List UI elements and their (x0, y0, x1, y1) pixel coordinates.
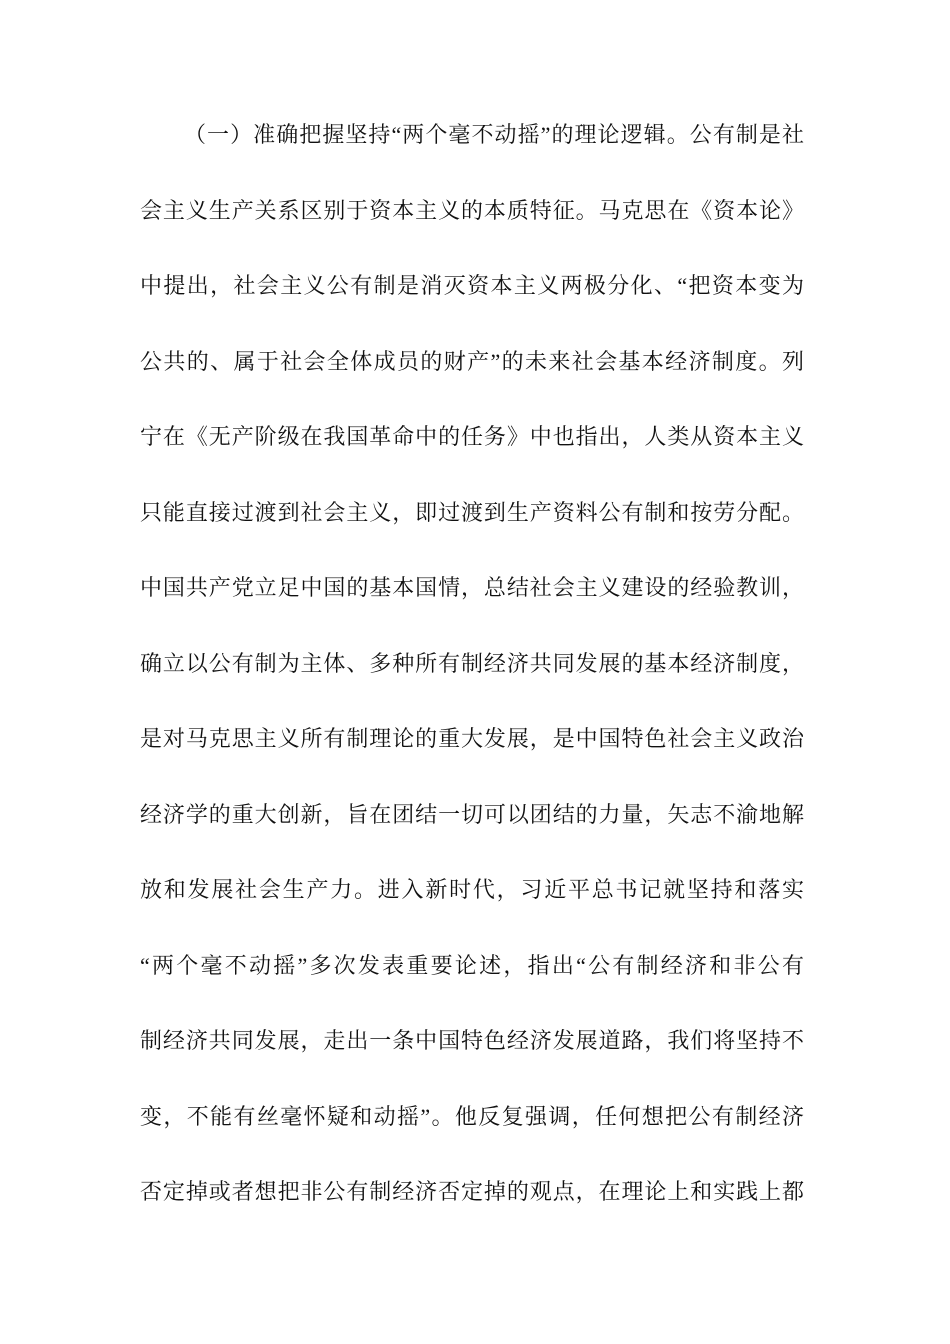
text-line-4: 公共的、属于社会全体成员的财产”的未来社会基本经济制度。列 (140, 324, 804, 400)
text-line-15: 否定掉或者想把非公有制经济否定掉的观点，在理论上和实践上都 (140, 1154, 804, 1230)
text-line-7: 中国共产党立足中国的基本国情，总结社会主义建设的经验教训， (140, 550, 804, 626)
text-line-1: （一）准确把握坚持“两个毫不动摇”的理论逻辑。公有制是社 (140, 97, 804, 173)
text-line-9: 是对马克思主义所有制理论的重大发展，是中国特色社会主义政治 (140, 701, 804, 777)
text-line-8: 确立以公有制为主体、多种所有制经济共同发展的基本经济制度， (140, 626, 804, 702)
text-line-5: 宁在《无产阶级在我国革命中的任务》中也指出，人类从资本主义 (140, 399, 804, 475)
text-line-10: 经济学的重大创新，旨在团结一切可以团结的力量，矢志不渝地解 (140, 777, 804, 853)
text-line-13: 制经济共同发展，走出一条中国特色经济发展道路，我们将坚持不 (140, 1003, 804, 1079)
text-line-12: “两个毫不动摇”多次发表重要论述，指出“公有制经济和非公有 (140, 928, 804, 1004)
document-page: （一）准确把握坚持“两个毫不动摇”的理论逻辑。公有制是社 会主义生产关系区别于资… (0, 0, 950, 1344)
text-line-2: 会主义生产关系区别于资本主义的本质特征。马克思在《资本论》 (140, 173, 804, 249)
text-line-3: 中提出，社会主义公有制是消灭资本主义两极分化、“把资本变为 (140, 248, 804, 324)
text-line-6: 只能直接过渡到社会主义，即过渡到生产资料公有制和按劳分配。 (140, 475, 804, 551)
paragraph-block: （一）准确把握坚持“两个毫不动摇”的理论逻辑。公有制是社 会主义生产关系区别于资… (140, 97, 804, 1230)
text-line-14: 变，不能有丝毫怀疑和动摇”。他反复强调，任何想把公有制经济 (140, 1079, 804, 1155)
text-line-11: 放和发展社会生产力。进入新时代，习近平总书记就坚持和落实 (140, 852, 804, 928)
